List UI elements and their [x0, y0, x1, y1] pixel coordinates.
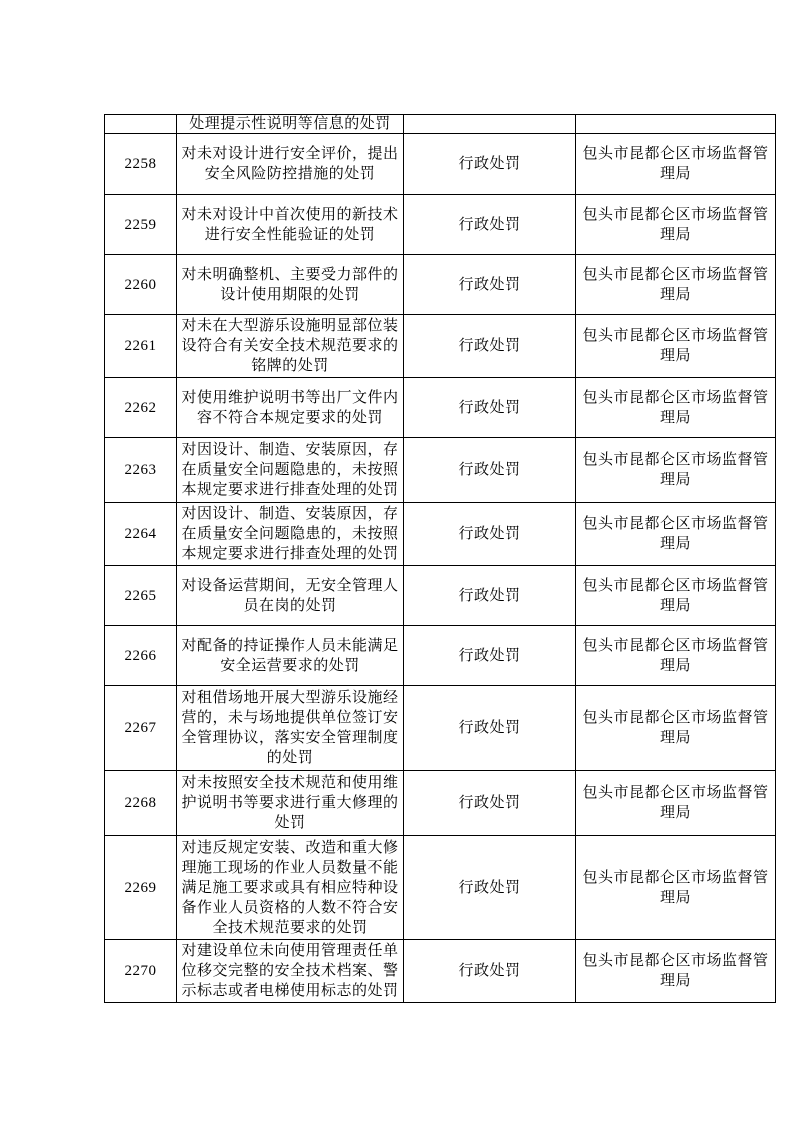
- penalty-type-cell: 行政处罚: [404, 315, 576, 378]
- penalty-item-cell: 对因设计、制造、安装原因，存 在质量安全问题隐患的，未按照 本规定要求进行排查处…: [177, 438, 404, 503]
- table-row-2269: 2269对违反规定安装、改造和重大修 理施工现场的作业人员数量不能 满足施工要求…: [105, 836, 776, 940]
- agency-cell: 包头市昆都仑区市场监督管 理局: [576, 503, 776, 566]
- row-id-cell: [105, 115, 177, 134]
- table-row-2261: 2261对未在大型游乐设施明显部位装 设符合有关安全技术规范要求的 铭牌的处罚行…: [105, 315, 776, 378]
- penalty-item-cell: 对未按照安全技术规范和使用维 护说明书等要求进行重大修理的 处罚: [177, 771, 404, 836]
- agency-cell: 包头市昆都仑区市场监督管 理局: [576, 255, 776, 315]
- row-id-cell: 2263: [105, 438, 177, 503]
- penalty-type-cell: 行政处罚: [404, 438, 576, 503]
- agency-cell: 包头市昆都仑区市场监督管 理局: [576, 566, 776, 626]
- penalty-type-cell: 行政处罚: [404, 503, 576, 566]
- penalty-item-cell: 对未对设计中首次使用的新技术 进行安全性能验证的处罚: [177, 195, 404, 255]
- penalty-type-cell: 行政处罚: [404, 940, 576, 1003]
- row-id-cell: 2268: [105, 771, 177, 836]
- agency-cell: 包头市昆都仑区市场监督管 理局: [576, 438, 776, 503]
- agency-cell: 包头市昆都仑区市场监督管 理局: [576, 836, 776, 940]
- table-row-continuation: 处理提示性说明等信息的处罚: [105, 115, 776, 134]
- penalty-type-cell: 行政处罚: [404, 378, 576, 438]
- agency-cell: 包头市昆都仑区市场监督管 理局: [576, 134, 776, 195]
- penalty-type-cell: 行政处罚: [404, 686, 576, 771]
- penalty-item-cell: 对因设计、制造、安装原因，存 在质量安全问题隐患的，未按照 本规定要求进行排查处…: [177, 503, 404, 566]
- table-row-2267: 2267对租借场地开展大型游乐设施经 营的，未与场地提供单位签订安 全管理协议，…: [105, 686, 776, 771]
- document-page: 处理提示性说明等信息的处罚2258对未对设计进行安全评价，提出 安全风险防控措施…: [0, 0, 793, 1122]
- penalty-table-body: 处理提示性说明等信息的处罚2258对未对设计进行安全评价，提出 安全风险防控措施…: [105, 115, 776, 1003]
- agency-cell: 包头市昆都仑区市场监督管 理局: [576, 315, 776, 378]
- row-id-cell: 2270: [105, 940, 177, 1003]
- table-row-2264: 2264对因设计、制造、安装原因，存 在质量安全问题隐患的，未按照 本规定要求进…: [105, 503, 776, 566]
- penalty-type-cell: 行政处罚: [404, 195, 576, 255]
- penalty-item-cell: 对未明确整机、主要受力部件的 设计使用期限的处罚: [177, 255, 404, 315]
- penalty-type-cell: 行政处罚: [404, 566, 576, 626]
- penalty-type-cell: 行政处罚: [404, 255, 576, 315]
- penalty-item-cell: 对使用维护说明书等出厂文件内 容不符合本规定要求的处罚: [177, 378, 404, 438]
- agency-cell: 包头市昆都仑区市场监督管 理局: [576, 626, 776, 686]
- agency-cell: [576, 115, 776, 134]
- table-row-2258: 2258对未对设计进行安全评价，提出 安全风险防控措施的处罚行政处罚包头市昆都仑…: [105, 134, 776, 195]
- penalty-item-cell: 对设备运营期间，无安全管理人 员在岗的处罚: [177, 566, 404, 626]
- penalty-item-cell: 对未在大型游乐设施明显部位装 设符合有关安全技术规范要求的 铭牌的处罚: [177, 315, 404, 378]
- agency-cell: 包头市昆都仑区市场监督管 理局: [576, 940, 776, 1003]
- penalty-item-cell: 对建设单位未向使用管理责任单 位移交完整的安全技术档案、警 示标志或者电梯使用标…: [177, 940, 404, 1003]
- agency-cell: 包头市昆都仑区市场监督管 理局: [576, 686, 776, 771]
- table-row-2259: 2259对未对设计中首次使用的新技术 进行安全性能验证的处罚行政处罚包头市昆都仑…: [105, 195, 776, 255]
- row-id-cell: 2260: [105, 255, 177, 315]
- agency-cell: 包头市昆都仑区市场监督管 理局: [576, 378, 776, 438]
- table-row-2268: 2268对未按照安全技术规范和使用维 护说明书等要求进行重大修理的 处罚行政处罚…: [105, 771, 776, 836]
- row-id-cell: 2266: [105, 626, 177, 686]
- table-row-2266: 2266对配备的持证操作人员未能满足 安全运营要求的处罚行政处罚包头市昆都仑区市…: [105, 626, 776, 686]
- row-id-cell: 2258: [105, 134, 177, 195]
- agency-cell: 包头市昆都仑区市场监督管 理局: [576, 195, 776, 255]
- table-row-2263: 2263对因设计、制造、安装原因，存 在质量安全问题隐患的，未按照 本规定要求进…: [105, 438, 776, 503]
- penalty-type-cell: 行政处罚: [404, 836, 576, 940]
- row-id-cell: 2265: [105, 566, 177, 626]
- penalty-item-cell: 对租借场地开展大型游乐设施经 营的，未与场地提供单位签订安 全管理协议，落实安全…: [177, 686, 404, 771]
- row-id-cell: 2261: [105, 315, 177, 378]
- row-id-cell: 2267: [105, 686, 177, 771]
- penalty-table: 处理提示性说明等信息的处罚2258对未对设计进行安全评价，提出 安全风险防控措施…: [104, 114, 776, 1003]
- penalty-type-cell: 行政处罚: [404, 771, 576, 836]
- penalty-type-cell: 行政处罚: [404, 134, 576, 195]
- table-row-2262: 2262对使用维护说明书等出厂文件内 容不符合本规定要求的处罚行政处罚包头市昆都…: [105, 378, 776, 438]
- table-row-2265: 2265对设备运营期间，无安全管理人 员在岗的处罚行政处罚包头市昆都仑区市场监督…: [105, 566, 776, 626]
- row-id-cell: 2259: [105, 195, 177, 255]
- penalty-item-cell: 对配备的持证操作人员未能满足 安全运营要求的处罚: [177, 626, 404, 686]
- row-id-cell: 2269: [105, 836, 177, 940]
- penalty-item-cell: 对违反规定安装、改造和重大修 理施工现场的作业人员数量不能 满足施工要求或具有相…: [177, 836, 404, 940]
- penalty-item-cell: 对未对设计进行安全评价，提出 安全风险防控措施的处罚: [177, 134, 404, 195]
- penalty-item-cell: 处理提示性说明等信息的处罚: [177, 115, 404, 134]
- table-row-2260: 2260对未明确整机、主要受力部件的 设计使用期限的处罚行政处罚包头市昆都仑区市…: [105, 255, 776, 315]
- row-id-cell: 2264: [105, 503, 177, 566]
- agency-cell: 包头市昆都仑区市场监督管 理局: [576, 771, 776, 836]
- penalty-type-cell: 行政处罚: [404, 626, 576, 686]
- penalty-type-cell: [404, 115, 576, 134]
- table-row-2270: 2270对建设单位未向使用管理责任单 位移交完整的安全技术档案、警 示标志或者电…: [105, 940, 776, 1003]
- row-id-cell: 2262: [105, 378, 177, 438]
